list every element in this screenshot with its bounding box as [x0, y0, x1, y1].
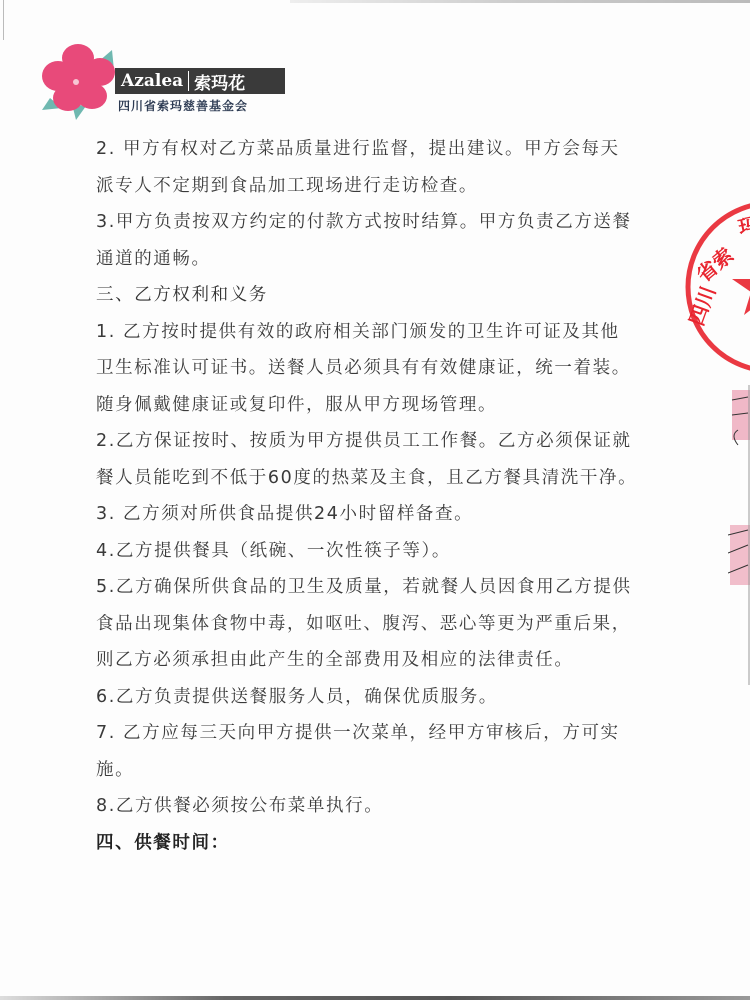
page-edge-top	[290, 0, 750, 3]
text-line: 则乙方必须承担由此产生的全部费用及相应的法律责任。	[96, 642, 696, 679]
document-body: 2. 甲方有权对乙方菜品质量进行监督，提出建议。甲方会每天 派专人不定期到食品加…	[96, 131, 696, 861]
logo-name-en: Azalea	[115, 71, 189, 91]
text-line: 6.乙方负责提供送餐服务人员，确保优质服务。	[96, 679, 696, 716]
text-line: 餐人员能吃到不低于60度的热菜及主食，且乙方餐具清洗干净。	[96, 460, 696, 497]
text-line: 2.乙方保证按时、按质为甲方提供员工工作餐。乙方必须保证就	[96, 423, 696, 460]
logo-name-cn: 索玛花	[189, 69, 245, 94]
text-line: 7. 乙方应每三天向甲方提供一次菜单，经甲方审核后，方可实	[96, 715, 696, 752]
logo-banner: Azalea 索玛花	[115, 68, 285, 94]
signature-mark	[728, 385, 750, 685]
azalea-flower-icon	[40, 40, 125, 120]
text-line: 派专人不定期到食品加工现场进行走访检查。	[96, 168, 696, 205]
section-heading: 三、乙方权利和义务	[96, 277, 696, 314]
text-line: 施。	[96, 752, 696, 789]
text-line: 2. 甲方有权对乙方菜品质量进行监督，提出建议。甲方会每天	[96, 131, 696, 168]
page-edge-bottom	[0, 996, 750, 1000]
organization-logo: Azalea 索玛花 四川省索玛慈善基金会	[40, 40, 270, 120]
text-line: 5.乙方确保所供食品的卫生及质量，若就餐人员因食用乙方提供	[96, 569, 696, 606]
svg-text:玛慈: 玛慈	[736, 208, 750, 240]
text-line: 1. 乙方按时提供有效的政府相关部门颁发的卫生许可证及其他	[96, 314, 696, 351]
text-line: 3. 乙方须对所供食品提供24小时留样备查。	[96, 496, 696, 533]
page-edge-left	[3, 0, 4, 40]
text-line: 卫生标准认可证书。送餐人员必须具有有效健康证，统一着装。	[96, 350, 696, 387]
logo-subtitle: 四川省索玛慈善基金会	[118, 97, 248, 114]
text-line: 4.乙方提供餐具（纸碗、一次性筷子等）。	[96, 533, 696, 570]
official-seal-stamp: 四川 省索 玛慈	[682, 197, 750, 377]
section-heading: 四、供餐时间：	[96, 825, 696, 862]
text-line: 8.乙方供餐必须按公布菜单执行。	[96, 788, 696, 825]
text-line: 食品出现集体食物中毒，如呕吐、腹泻、恶心等更为严重后果，	[96, 606, 696, 643]
text-line: 通道的通畅。	[96, 241, 696, 278]
text-line: 随身佩戴健康证或复印件，服从甲方现场管理。	[96, 387, 696, 424]
text-line: 3.甲方负责按双方约定的付款方式按时结算。甲方负责乙方送餐	[96, 204, 696, 241]
